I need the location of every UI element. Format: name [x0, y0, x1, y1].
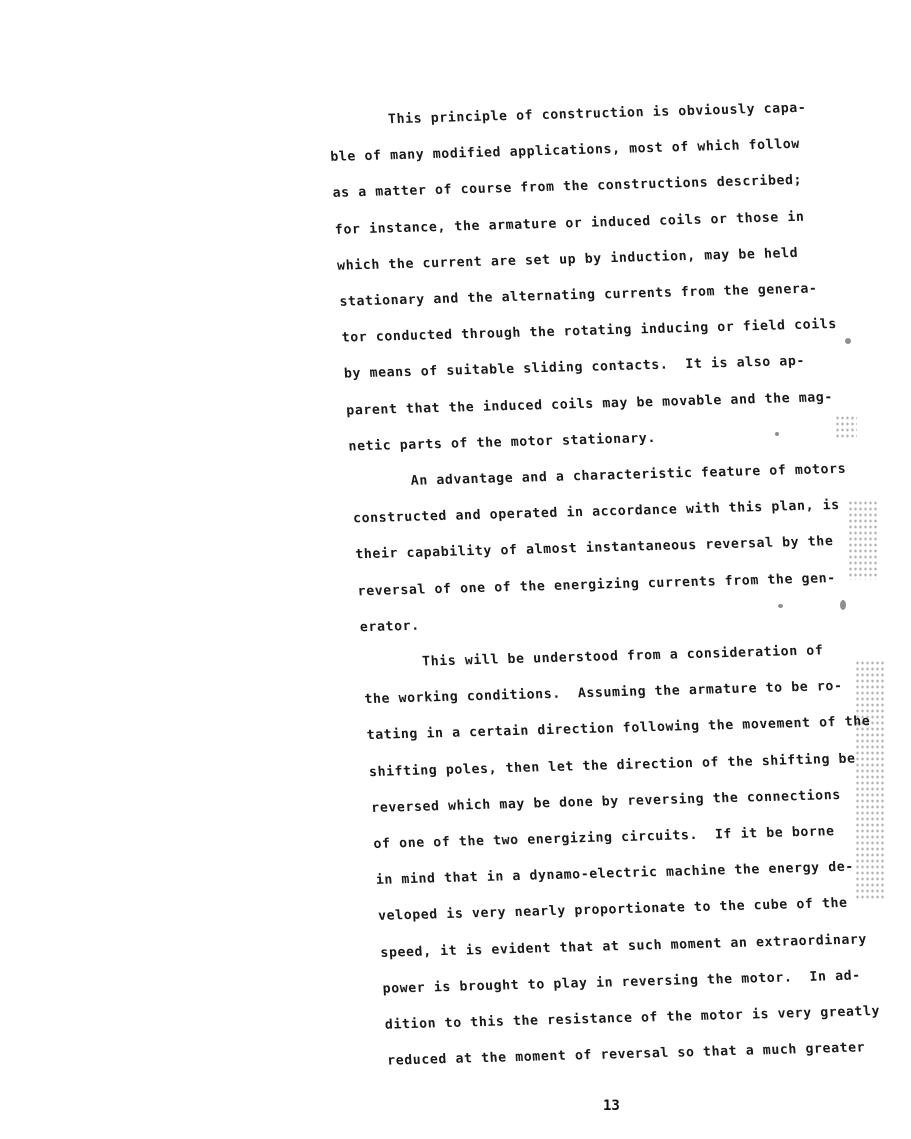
body-text: This principle of construction is obviou… [327, 88, 911, 1080]
document-page: This principle of construction is obviou… [0, 0, 911, 1139]
scan-noise [855, 660, 885, 900]
paragraph-3: This will be understood from a considera… [361, 631, 911, 1080]
scan-speck [778, 604, 783, 608]
scan-speck [845, 338, 851, 344]
scan-speck [775, 432, 779, 436]
scan-noise [835, 415, 857, 440]
page-number: 13 [603, 1098, 620, 1114]
scan-noise [848, 500, 878, 580]
paragraph-1: This principle of construction is obviou… [327, 88, 910, 465]
paragraph-2: An advantage and a characteristic featur… [350, 450, 911, 646]
scan-speck [840, 600, 846, 610]
